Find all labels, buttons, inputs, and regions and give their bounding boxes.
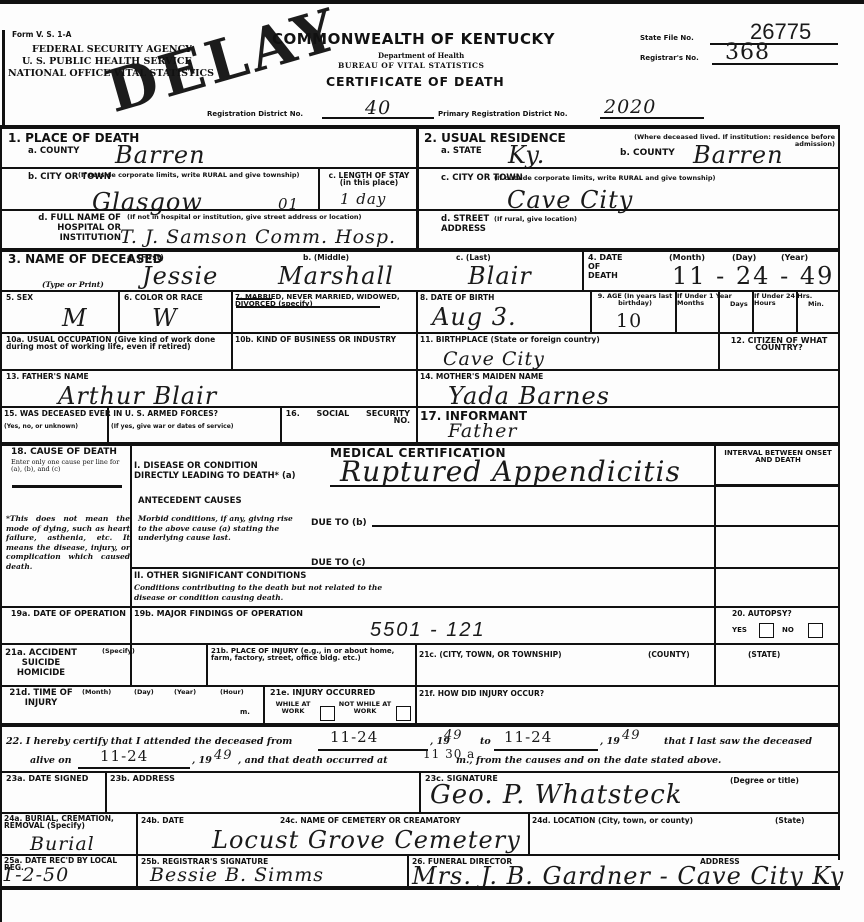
year-label: (Year): [781, 254, 808, 261]
interval-label: INTERVAL BETWEEN ONSET AND DEATH: [722, 450, 834, 464]
date-of-death: 11 - 24 - 49: [672, 262, 834, 290]
address-label: 23b. ADDRESS: [110, 775, 175, 782]
date-of-death-label: 4. DATE OF DEATH: [588, 253, 628, 280]
col-divider: [590, 290, 592, 332]
sex-value: M: [62, 304, 88, 332]
row-line: [714, 484, 838, 486]
sex-label: 5. SEX: [6, 294, 33, 301]
form-left-border: [0, 125, 2, 922]
col-divider: [718, 290, 720, 332]
line-c: [130, 567, 838, 569]
specify-label: (Specify): [102, 648, 135, 655]
primary-district-label: Primary Registration District No.: [438, 111, 568, 118]
bureau: BUREAU OF VITAL STATISTICS: [338, 62, 484, 69]
injury-state-label: (STATE): [748, 651, 780, 658]
citizen-label: 12. CITIZEN OF WHAT COUNTRY?: [724, 337, 834, 351]
registration-district-label: Registration District No.: [207, 111, 303, 118]
interval-column-divider: [714, 442, 716, 686]
col-divider: [416, 290, 418, 332]
attended-from-date: 11-24: [330, 728, 378, 746]
death-city: Glasgow: [92, 188, 203, 216]
burial-date-label: 24b. DATE: [141, 817, 184, 824]
armed-forces-label: 15. WAS DECEASED EVER IN U. S. ARMED FOR…: [4, 410, 218, 417]
stay-length: 1 day: [340, 190, 386, 208]
row-line: [0, 643, 840, 645]
time-of-injury-label: 21d. TIME OF INJURY: [4, 688, 78, 708]
stay-label: c. LENGTH OF STAY (in this place): [324, 172, 414, 186]
min-label: Min.: [808, 301, 824, 308]
cause-separator: [12, 485, 122, 488]
registrar-underline: [712, 63, 838, 65]
col-divider: [416, 406, 418, 442]
how-injury-occurred-label: 21f. HOW DID INJURY OCCUR?: [419, 690, 544, 697]
cemetery-label: 24c. NAME OF CEMETERY OR CREAMATORY: [280, 817, 461, 824]
col-divider: [582, 248, 584, 290]
form-right-border: [838, 125, 840, 860]
injury-county-label: (COUNTY): [648, 651, 690, 658]
certify-text-1b: that I last saw the deceased: [664, 737, 812, 747]
institution-label: d. FULL NAME OF HOSPITAL OR INSTITUTION: [26, 213, 121, 243]
institution-note: (If not in hospital or institution, give…: [127, 214, 362, 221]
reg-district-underline: [322, 117, 434, 119]
department: Department of Health: [378, 52, 464, 59]
autopsy-no-label: NO: [782, 627, 794, 634]
injury-city-label: 21c. (CITY, TOWN, OR TOWNSHIP): [419, 651, 562, 658]
autopsy-yes-label: YES: [732, 627, 747, 634]
strikeout: [236, 298, 272, 300]
col-divider: [107, 406, 109, 442]
row-line: [416, 167, 840, 169]
autopsy-yes-checkbox[interactable]: [759, 623, 774, 638]
residence-county: Barren: [693, 141, 784, 169]
alive-year: 49: [214, 748, 233, 763]
days-label: Days: [730, 301, 748, 308]
col-divider: [136, 854, 138, 888]
injury-hour-label: (Hour): [220, 689, 244, 696]
row-line: [0, 167, 416, 169]
armed-forces-note-1: (Yes, no, or unknown): [4, 423, 78, 430]
burial-type: Burial: [30, 833, 95, 855]
row-line: [0, 332, 840, 334]
col-divider: [318, 167, 320, 209]
col-divider: [796, 290, 798, 332]
accident-label: 21a. ACCIDENT SUICIDE HOMICIDE: [4, 648, 78, 678]
col-divider-1: [416, 125, 419, 250]
operation-date-label: 19a. DATE OF OPERATION: [6, 610, 126, 617]
col-divider: [263, 685, 265, 723]
row-line: [0, 209, 416, 211]
city-note: (If outside corporate limits, write RURA…: [78, 172, 314, 179]
residence-county-label: b. COUNTY: [620, 148, 675, 158]
col-divider: [528, 812, 530, 854]
left-edge: [2, 30, 5, 125]
cause-note: Enter only one cause per line for (a), (…: [11, 459, 129, 473]
first-name-label: a. (First): [127, 254, 164, 261]
social-security-label: 16. SOCIAL SECURITY NO.: [284, 410, 410, 424]
certify-text-2b: m., from the causes and on the date stat…: [456, 756, 721, 766]
row-line: [0, 606, 840, 608]
alive-year-prefix: , 19: [192, 756, 212, 766]
day-label: (Day): [732, 254, 756, 261]
col-divider: [415, 685, 417, 723]
row-line: [0, 854, 840, 856]
footnote: *This does not mean the mode of dying, s…: [6, 514, 130, 571]
injury-year-label: (Year): [174, 689, 196, 696]
row-line: [0, 406, 840, 408]
injury-day-label: (Day): [134, 689, 154, 696]
primary-district-underline: [600, 117, 704, 119]
commonwealth-title: COMMONWEALTH OF KENTUCKY: [272, 31, 555, 47]
middle-name-label: b. (Middle): [303, 254, 349, 261]
while-at-work-checkbox[interactable]: [320, 706, 335, 721]
not-while-at-work-label: NOT WHILE AT WORK: [336, 701, 394, 715]
father-name-label: 13. FATHER'S NAME: [6, 373, 89, 380]
burial-type-label: 24a. BURIAL, CREMATION, REMOVAL (Specify…: [4, 815, 132, 829]
col-divider: [416, 369, 418, 406]
col-divider: [231, 290, 233, 332]
not-while-at-work-checkbox[interactable]: [396, 706, 411, 721]
age-label: 9. AGE (In years last birthday): [594, 293, 676, 307]
to-underline: [494, 749, 598, 751]
burial-state-label: (State): [775, 817, 805, 824]
to-year-prefix: , 19: [600, 737, 620, 747]
header-divider: [0, 125, 840, 129]
top-border: [0, 0, 864, 4]
antecedent-note: Morbid conditions, if any, giving rise t…: [138, 514, 298, 543]
degree-label: (Degree or title): [730, 777, 799, 784]
col-divider: [280, 406, 282, 442]
race-label: 6. COLOR OR RACE: [124, 294, 203, 301]
col-divider: [407, 854, 409, 888]
injury-occurred-label: 21e. INJURY OCCURRED: [270, 689, 375, 696]
registrar-number-label: Registrar's No.: [640, 55, 699, 62]
occupation-label: 10a. USUAL OCCUPATION (Give kind of work…: [6, 336, 231, 350]
last-name: Blair: [468, 262, 532, 290]
col-divider: [231, 332, 233, 369]
date-of-birth-label: 8. DATE OF BIRTH: [420, 294, 494, 301]
cause-of-death-label: 18. CAUSE OF DEATH: [11, 447, 117, 457]
certificate-title: CERTIFICATE OF DEATH: [326, 75, 505, 88]
agency-line-3: NATIONAL OFFICE VITAL STATISTICS: [8, 69, 214, 79]
month-label: (Month): [669, 254, 705, 261]
date-of-birth: Aug 3.: [432, 303, 517, 331]
disease-condition: Ruptured Appendicitis: [340, 455, 681, 488]
due-to-b-label: DUE TO (b): [311, 518, 367, 528]
disease-label: I. DISEASE OR CONDITION DIRECTLY LEADING…: [134, 461, 304, 481]
mother-name-label: 14. MOTHER'S MAIDEN NAME: [420, 373, 543, 380]
col-divider: [718, 332, 720, 369]
operation-findings: 5501 - 121: [370, 619, 486, 642]
residence-state: Ky.: [508, 141, 545, 169]
col-divider: [118, 290, 120, 332]
col-divider: [206, 643, 208, 685]
row-line: [0, 685, 840, 687]
to-word: to: [480, 737, 491, 747]
row-line: [0, 369, 840, 371]
birthplace-label: 11. BIRTHPLACE (State or foreign country…: [420, 336, 600, 343]
col-divider: [416, 332, 418, 369]
certify-text-1: 22. I hereby certify that I attended the…: [6, 737, 292, 747]
death-county: Barren: [115, 141, 206, 169]
county-label: a. COUNTY: [28, 146, 79, 156]
alive-on-label: alive on: [30, 756, 72, 766]
antecedent-causes-label: ANTECEDENT CAUSES: [138, 496, 242, 506]
col-divider: [419, 771, 421, 813]
col-divider: [136, 812, 138, 854]
col-divider: [415, 643, 417, 685]
race-value: W: [152, 304, 178, 332]
registrar-number: 368: [725, 40, 770, 65]
autopsy-no-checkbox[interactable]: [808, 623, 823, 638]
from-year: 49: [444, 728, 463, 743]
bottom-border: [0, 886, 840, 890]
registrar-signature: Bessie B. Simms: [150, 864, 324, 886]
business-label: 10b. KIND OF BUSINESS OR INDUSTRY: [235, 336, 410, 343]
first-name: Jessie: [142, 262, 218, 290]
autopsy-label: 20. AUTOPSY?: [732, 610, 792, 617]
registration-district-number: 40: [365, 97, 391, 119]
to-year: 49: [622, 728, 641, 743]
last-name-label: c. (Last): [456, 254, 491, 261]
alive-on-date: 11-24: [100, 747, 148, 765]
injury-month-label: (Month): [82, 689, 111, 696]
residence-city-note: (If outside corporate limits, write RURA…: [494, 175, 716, 182]
section-divider: [0, 723, 840, 727]
state-file-label: State File No.: [640, 35, 694, 42]
type-or-print-note: (Type or Print): [42, 281, 104, 288]
other-conditions-label: II. OTHER SIGNIFICANT CONDITIONS: [134, 571, 306, 581]
form-number: Form V. S. 1-A: [12, 31, 71, 38]
cemetery-name: Locust Grove Cemetery: [212, 826, 521, 854]
street-note: (If rural, give location): [494, 216, 577, 223]
primary-district-number: 2020: [604, 96, 656, 118]
date-received: 1-2-50: [2, 864, 69, 886]
place-of-injury-label: 21b. PLACE OF INJURY (e.g., in or about …: [211, 648, 417, 662]
row-line: [0, 812, 840, 814]
institution-name: T. J. Samson Comm. Hosp.: [120, 226, 396, 248]
physician-signature: Geo. P. Whatsteck: [430, 780, 683, 810]
armed-forces-note-2: (If yes, give war or dates of service): [111, 423, 234, 430]
middle-name: Marshall: [278, 262, 394, 290]
injury-m-label: m.: [240, 709, 250, 716]
age-value: 10: [616, 310, 642, 332]
residence-state-label: a. STATE: [441, 146, 482, 156]
agency-line-1: FEDERAL SECURITY AGENCY: [32, 45, 192, 55]
strikeout: [236, 306, 380, 308]
birthplace: Cave City: [443, 348, 545, 370]
date-signed-label: 23a. DATE SIGNED: [6, 775, 88, 782]
death-certificate: DELAY Form V. S. 1-A FEDERAL SECURITY AG…: [0, 0, 864, 922]
col-divider: [105, 771, 107, 813]
informant: Father: [448, 420, 517, 442]
agency-line-2: U. S. PUBLIC HEALTH SERVICE: [22, 57, 192, 67]
attended-to-date: 11-24: [504, 728, 552, 746]
row-line: [714, 525, 838, 527]
burial-location-label: 24d. LOCATION (City, town, or county): [532, 817, 693, 824]
findings-label: 19b. MAJOR FINDINGS OF OPERATION: [134, 610, 303, 617]
alive-underline: [78, 767, 190, 769]
certify-text-2: , and that death occurred at: [238, 756, 388, 766]
from-underline: [318, 749, 428, 751]
street-address-label: d. STREET ADDRESS: [441, 214, 491, 234]
row-line: [416, 209, 840, 211]
while-at-work-label: WHILE AT WORK: [270, 701, 316, 715]
other-conditions-note: Conditions contributing to the death but…: [134, 583, 399, 602]
